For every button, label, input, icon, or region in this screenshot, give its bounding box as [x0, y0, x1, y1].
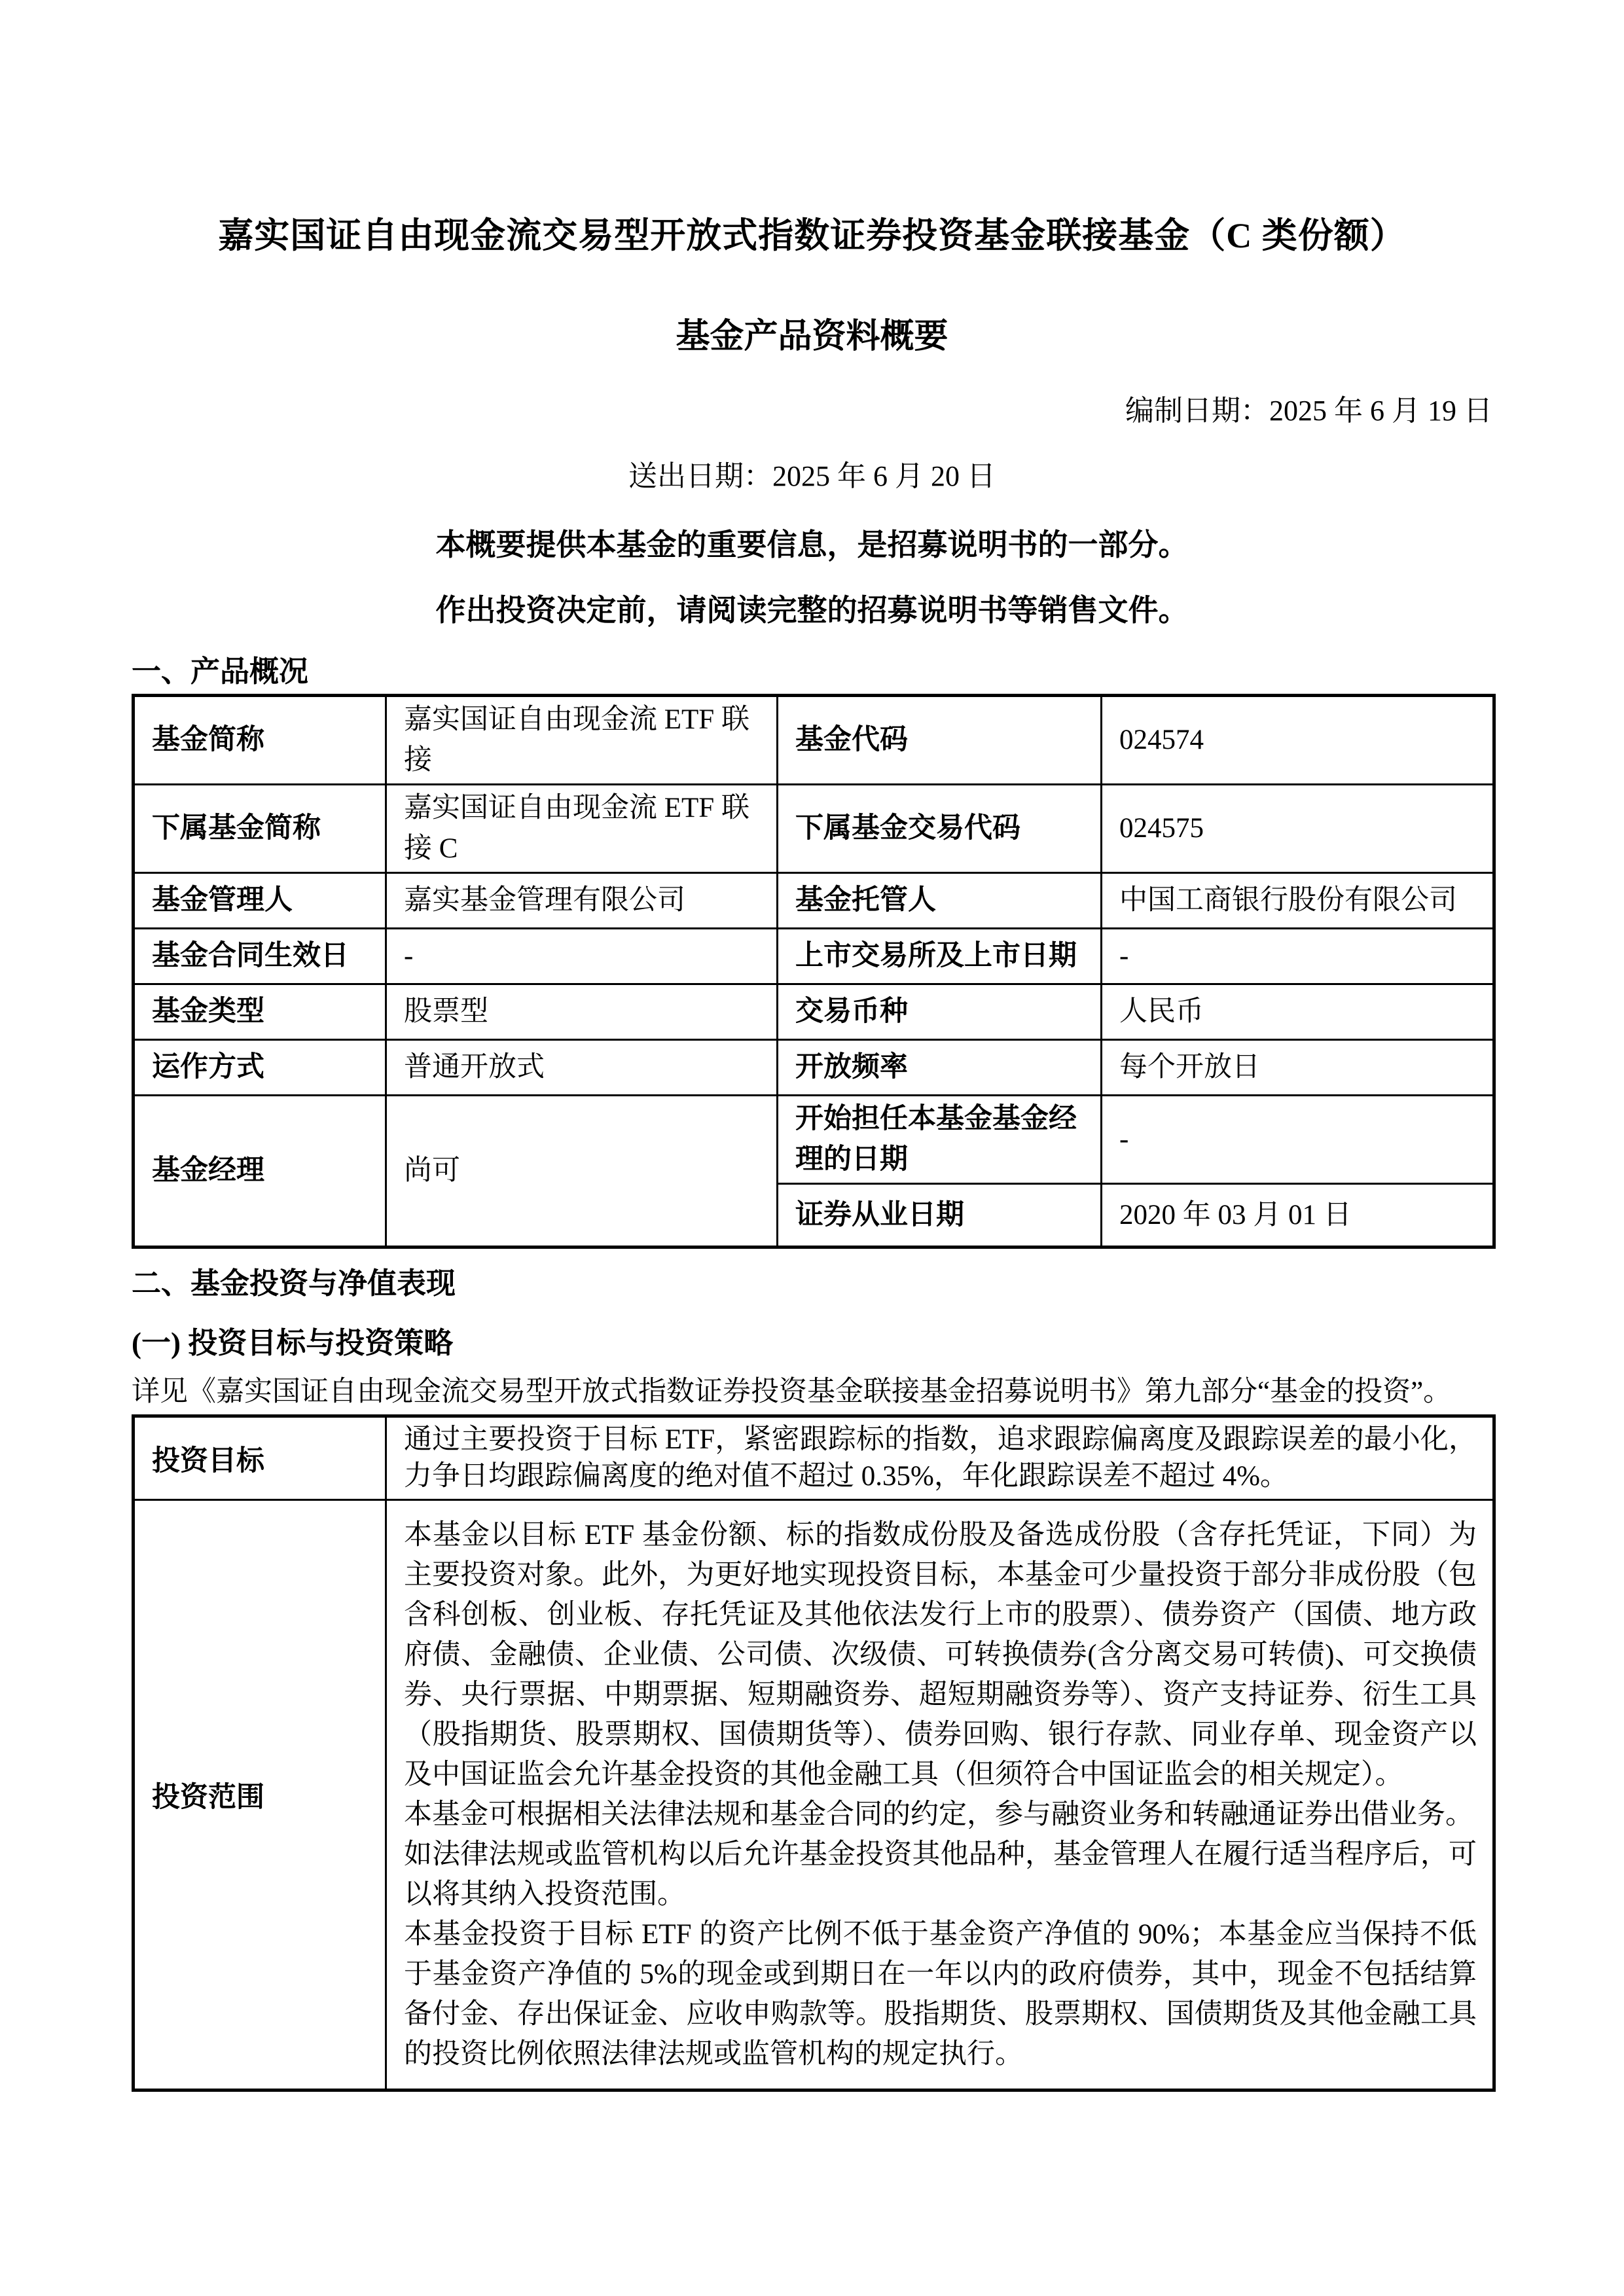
value-manager-start-date: -	[1102, 1096, 1494, 1184]
label-fund-manager-company: 基金管理人	[134, 873, 386, 929]
label-manager-start-date: 开始担任本基金基金经理的日期	[778, 1096, 1102, 1184]
document-content: 嘉实国证自由现金流交易型开放式指数证券投资基金联接基金（C 类份额） 基金产品资…	[132, 216, 1492, 2092]
value-feeder-fund-trading-code: 024575	[1102, 785, 1494, 873]
label-fund-custodian: 基金托管人	[778, 873, 1102, 929]
label-fund-code: 基金代码	[778, 696, 1102, 785]
label-investment-scope: 投资范围	[134, 1500, 386, 2090]
value-fund-manager-person: 尚可	[386, 1096, 778, 1247]
value-fund-type: 股票型	[386, 984, 778, 1040]
investment-scope-paragraph: 如法律法规或监管机构以后允许基金投资其他品种，基金管理人在履行适当程序后，可以将…	[404, 1835, 1477, 1914]
table-row: 基金经理 尚可 开始担任本基金基金经理的日期 -	[134, 1096, 1494, 1184]
label-open-frequency: 开放频率	[778, 1040, 1102, 1096]
label-feeder-fund-trading-code: 下属基金交易代码	[778, 785, 1102, 873]
prospectus-reference-note: 详见《嘉实国证自由现金流交易型开放式指数证券投资基金联接基金招募说明书》第九部分…	[132, 1374, 1492, 1410]
investment-objective-text: 通过主要投资于目标 ETF，紧密跟踪标的指数，追求跟踪偏离度及跟踪误差的最小化，…	[404, 1422, 1477, 1495]
label-feeder-fund-short-name: 下属基金简称	[134, 785, 386, 873]
value-feeder-fund-short-name: 嘉实国证自由现金流 ETF 联接 C	[386, 785, 778, 873]
value-fund-manager-company: 嘉实基金管理有限公司	[386, 873, 778, 929]
section-1-heading: 一、产品概况	[132, 653, 1492, 690]
table-row: 基金类型 股票型 交易币种 人民币	[134, 984, 1494, 1040]
document-title: 嘉实国证自由现金流交易型开放式指数证券投资基金联接基金（C 类份额）	[132, 216, 1492, 255]
table-row: 运作方式 普通开放式 开放频率 每个开放日	[134, 1040, 1494, 1096]
investment-scope-paragraph: 本基金投资于目标 ETF 的资产比例不低于基金资产净值的 90%；本基金应当保持…	[404, 1914, 1477, 2074]
sent-date-line: 送出日期：2025 年 6 月 20 日	[132, 458, 1492, 495]
investment-scope-paragraph: 本基金以目标 ETF 基金份额、标的指数成份股及备选成份股（含存托凭证，下同）为…	[404, 1515, 1477, 1795]
prepared-date-line: 编制日期：2025 年 6 月 19 日	[132, 393, 1492, 429]
investment-scope-paragraph: 本基金可根据相关法律法规和基金合同的约定，参与融资业务和转融通证券出借业务。	[404, 1795, 1477, 1835]
label-listing-exchange-and-date: 上市交易所及上市日期	[778, 929, 1102, 984]
product-overview-table: 基金简称 嘉实国证自由现金流 ETF 联接 基金代码 024574 下属基金简称…	[132, 694, 1496, 1249]
label-investment-objective: 投资目标	[134, 1416, 386, 1500]
value-securities-career-date: 2020 年 03 月 01 日	[1102, 1184, 1494, 1247]
label-operation-mode: 运作方式	[134, 1040, 386, 1096]
label-securities-career-date: 证券从业日期	[778, 1184, 1102, 1247]
table-row: 基金合同生效日 - 上市交易所及上市日期 -	[134, 929, 1494, 984]
value-investment-objective: 通过主要投资于目标 ETF，紧密跟踪标的指数，追求跟踪偏离度及跟踪误差的最小化，…	[386, 1416, 1494, 1500]
table-row: 投资范围 本基金以目标 ETF 基金份额、标的指数成份股及备选成份股（含存托凭证…	[134, 1500, 1494, 2090]
table-row: 下属基金简称 嘉实国证自由现金流 ETF 联接 C 下属基金交易代码 02457…	[134, 785, 1494, 873]
section-2-heading: 二、基金投资与净值表现	[132, 1265, 1492, 1302]
value-fund-code: 024574	[1102, 696, 1494, 785]
label-contract-effective-date: 基金合同生效日	[134, 929, 386, 984]
table-row: 基金简称 嘉实国证自由现金流 ETF 联接 基金代码 024574	[134, 696, 1494, 785]
table-row: 投资目标 通过主要投资于目标 ETF，紧密跟踪标的指数，追求跟踪偏离度及跟踪误差…	[134, 1416, 1494, 1500]
value-fund-custodian: 中国工商银行股份有限公司	[1102, 873, 1494, 929]
label-fund-manager-person: 基金经理	[134, 1096, 386, 1247]
value-open-frequency: 每个开放日	[1102, 1040, 1494, 1096]
label-fund-type: 基金类型	[134, 984, 386, 1040]
notice-line-1: 本概要提供本基金的重要信息，是招募说明书的一部分。	[132, 527, 1492, 564]
value-listing-exchange-and-date: -	[1102, 929, 1494, 984]
label-fund-short-name: 基金简称	[134, 696, 386, 785]
value-trading-currency: 人民币	[1102, 984, 1494, 1040]
value-investment-scope: 本基金以目标 ETF 基金份额、标的指数成份股及备选成份股（含存托凭证，下同）为…	[386, 1500, 1494, 2090]
notice-line-2: 作出投资决定前，请阅读完整的招募说明书等销售文件。	[132, 592, 1492, 629]
label-trading-currency: 交易币种	[778, 984, 1102, 1040]
section-2-sub-heading: (一) 投资目标与投资策略	[132, 1325, 1492, 1361]
value-contract-effective-date: -	[386, 929, 778, 984]
document-subtitle: 基金产品资料概要	[132, 317, 1492, 357]
table-row: 基金管理人 嘉实基金管理有限公司 基金托管人 中国工商银行股份有限公司	[134, 873, 1494, 929]
value-fund-short-name: 嘉实国证自由现金流 ETF 联接	[386, 696, 778, 785]
investment-objective-table: 投资目标 通过主要投资于目标 ETF，紧密跟踪标的指数，追求跟踪偏离度及跟踪误差…	[132, 1414, 1496, 2092]
value-operation-mode: 普通开放式	[386, 1040, 778, 1096]
document-page: 嘉实国证自由现金流交易型开放式指数证券投资基金联接基金（C 类份额） 基金产品资…	[0, 0, 1624, 2296]
